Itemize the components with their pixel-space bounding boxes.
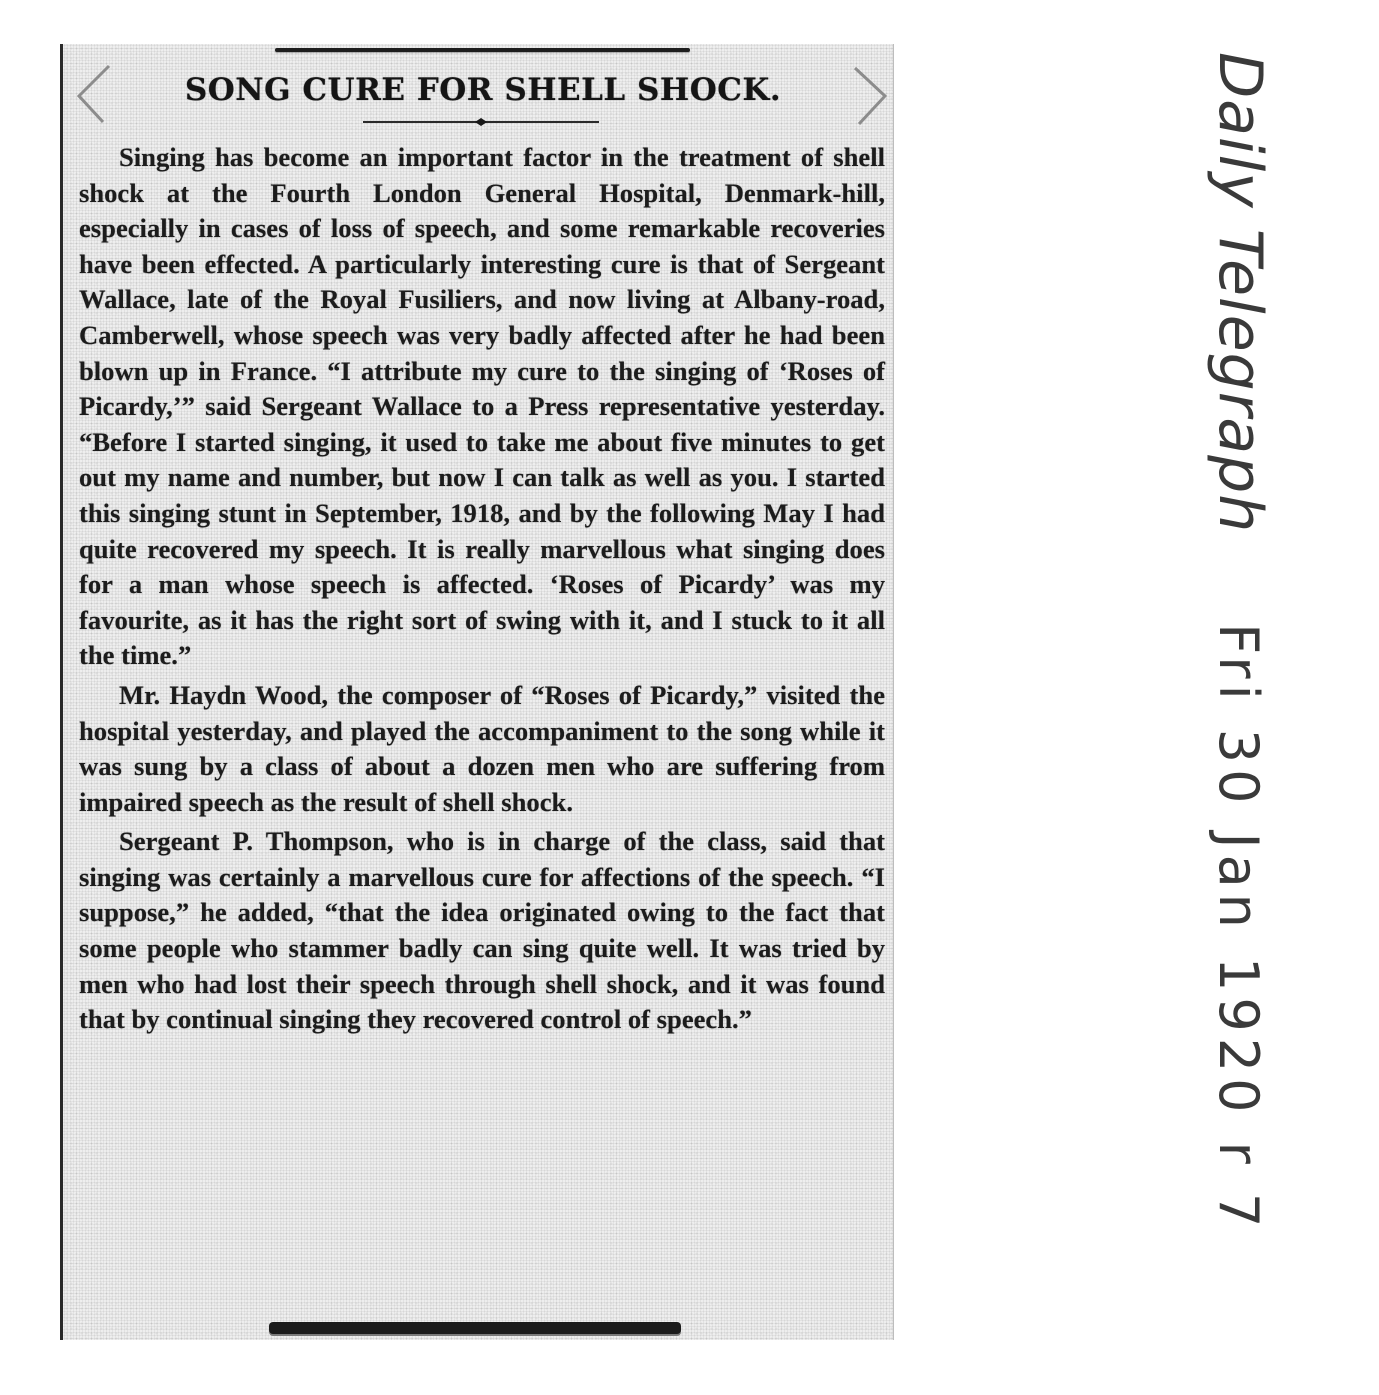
article-paragraph: Sergeant P. Thompson, who is in charge o… (79, 824, 885, 1038)
annotation-date: Fri 30 Jan 1920 r 7 (1207, 623, 1270, 1233)
annotation-source: Daily Telegraph (1205, 52, 1275, 533)
article-paragraph: Mr. Haydn Wood, the composer of “Roses o… (79, 678, 885, 820)
bottom-rule (269, 1322, 681, 1334)
article-body: Singing has become an important factor i… (79, 140, 885, 1042)
headline: SONG CURE FOR SHELL SHOCK. (119, 72, 847, 108)
newspaper-clipping: SONG CURE FOR SHELL SHOCK. Singing has b… (60, 44, 894, 1340)
annotation-text: Daily TelegraphFri 30 Jan 1920 r 7 (1205, 52, 1275, 1233)
right-chevron-ornament-icon (851, 62, 891, 126)
headline-row: SONG CURE FOR SHELL SHOCK. (71, 62, 887, 126)
headline-diamond-rule-icon (363, 118, 599, 126)
top-rule (275, 48, 690, 52)
scanned-page: SONG CURE FOR SHELL SHOCK. Singing has b… (0, 0, 1379, 1395)
left-chevron-ornament-icon (73, 62, 113, 126)
article-paragraph: Singing has become an important factor i… (79, 140, 885, 674)
